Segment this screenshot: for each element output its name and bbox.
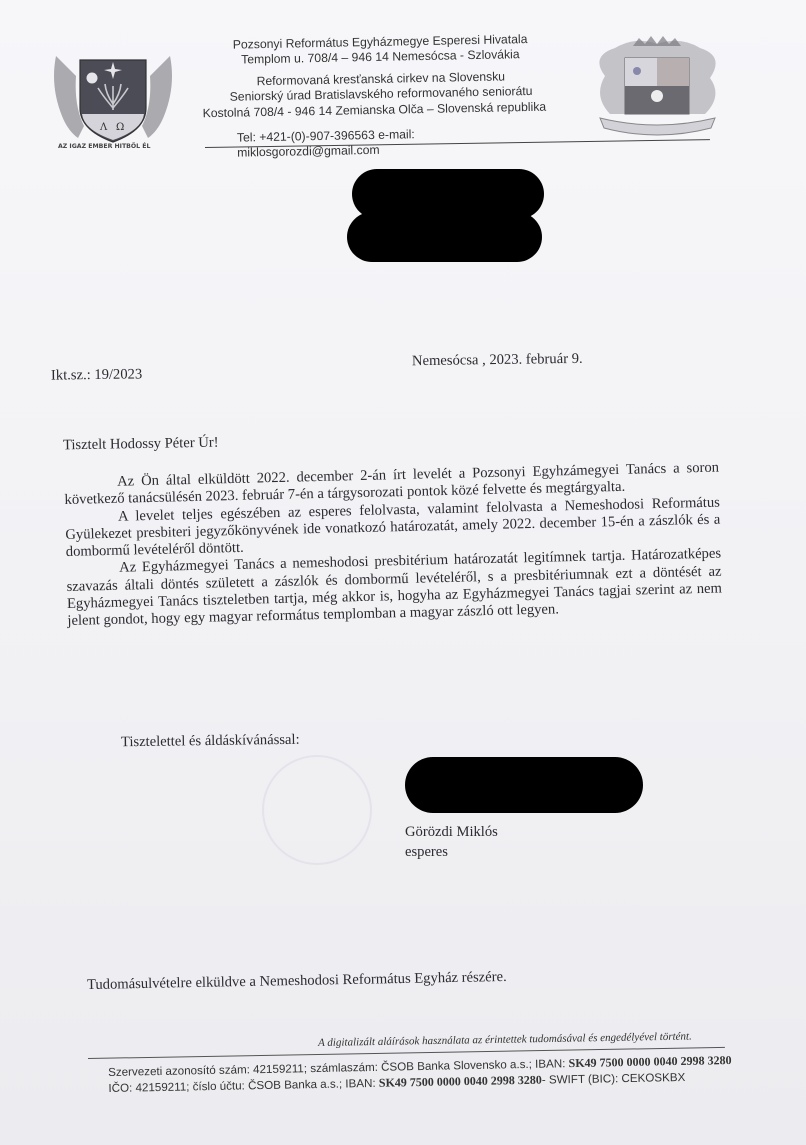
svg-text:AZ IGAZ EMBER HITBŐL ÉL: AZ IGAZ EMBER HITBŐL ÉL [58, 141, 150, 150]
letter-page: Λ Ω AZ IGAZ EMBER HITBŐL ÉL Pozsonyi Ref… [0, 0, 806, 1145]
svg-text:Λ: Λ [99, 122, 108, 133]
footer: Szervezeti azonosító szám: 42159211; szá… [108, 1053, 732, 1096]
svg-text:Ω: Ω [116, 122, 124, 133]
signer-name: Görözdi Miklós [405, 822, 498, 842]
carbon-copy-note: Tudomásulvételre elküldve a Nemeshodosi … [87, 969, 507, 994]
swift-code: - SWIFT (BIC): CEKOSKBX [542, 1071, 686, 1087]
digital-signature-note: A digitalizált aláírások használata az é… [318, 1030, 692, 1049]
redaction-box [347, 212, 542, 262]
place-and-date: Nemesócsa , 2023. február 9. [412, 351, 583, 371]
iban: SK49 7500 0000 0040 2998 3280 [568, 1053, 731, 1070]
closing: Tisztelettel és áldáskívánással: [121, 732, 300, 752]
signature-block: Görözdi Miklós esperes [405, 822, 498, 862]
signature-redaction [405, 757, 643, 813]
iban: SK49 7500 0000 0040 2998 3280 [379, 1072, 542, 1089]
paragraph: Az Egyházmegyei Tanács a nemeshodosi pre… [66, 546, 722, 631]
reformed-church-crest-icon: Λ Ω AZ IGAZ EMBER HITBŐL ÉL [48, 46, 178, 150]
official-stamp-icon [262, 755, 372, 865]
letter-body: Az Ön által elküldött 2022. december 2-á… [64, 460, 722, 631]
signer-title: esperes [405, 842, 498, 862]
salutation: Tisztelt Hodossy Péter Úr! [63, 435, 219, 455]
reference-number: Ikt.sz.: 19/2023 [51, 366, 142, 385]
heraldic-coat-of-arms-icon [585, 36, 730, 146]
